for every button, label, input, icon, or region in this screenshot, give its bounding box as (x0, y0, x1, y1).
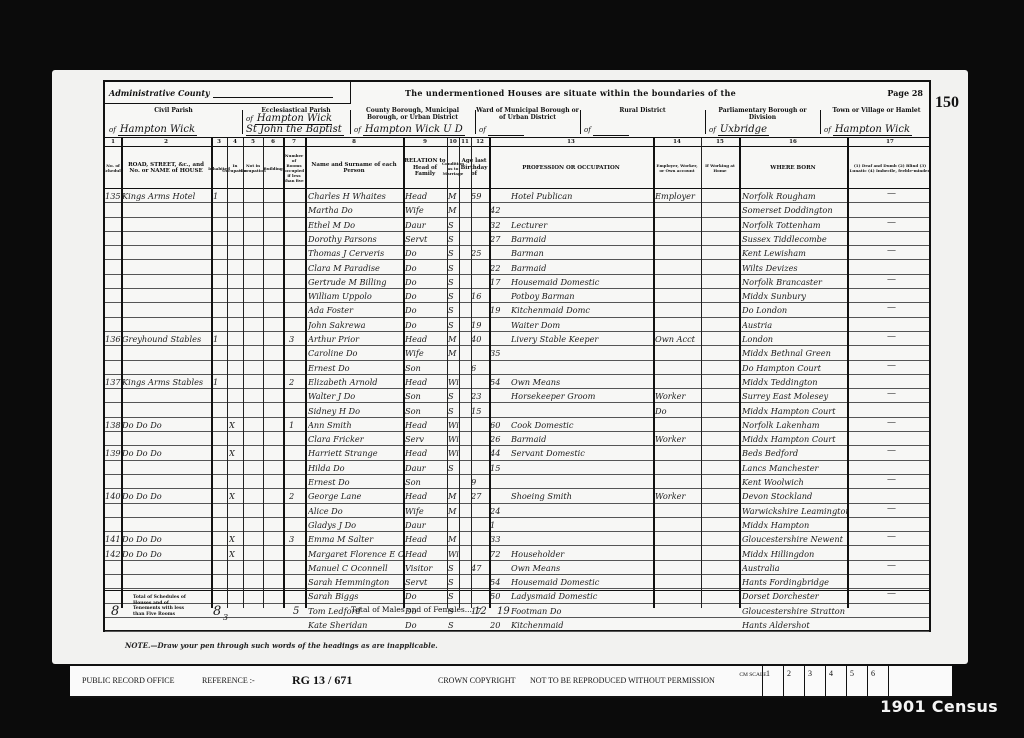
male-age: 19 (471, 318, 489, 332)
schedule-number: 142 (105, 547, 121, 561)
schedule-number (105, 303, 121, 317)
occupation (501, 461, 651, 475)
census-row: Alice DoWifeM24Warwickshire Leamington— (105, 504, 929, 518)
birthplace: Middx Hillingdon (742, 547, 847, 561)
rooms (289, 261, 303, 275)
column-number: 3 (211, 139, 227, 145)
inhabited (213, 504, 227, 518)
area-label: Ward of Municipal Borough or of Urban Di… (475, 107, 580, 121)
census-row: Clara FrickerServWid26BarmaidWorkerMiddx… (105, 432, 929, 446)
address (122, 504, 211, 518)
rooms (289, 289, 303, 303)
condition: Wid (448, 446, 459, 460)
person-name: Gertrude M Billing (308, 275, 403, 289)
area-label: Civil Parish (105, 107, 242, 114)
schedule-number: 136 (105, 332, 121, 346)
footnote: NOTE.—Draw your pen through such words o… (125, 641, 438, 650)
infirmity-mark: — (887, 246, 896, 256)
birthplace: Middx Hampton Court (742, 432, 847, 446)
rooms (289, 275, 303, 289)
occupation: Householder (511, 547, 661, 561)
col-schedule-header: No. of Schedule (105, 147, 121, 189)
schedule-number (105, 318, 121, 332)
female-age (490, 561, 508, 575)
col-relation-header: RELATION to Head of Family (403, 147, 447, 189)
schedule-number (105, 232, 121, 246)
uninhabited (229, 404, 243, 418)
column-number: 13 (489, 139, 653, 145)
page-label: Page 28 (887, 88, 923, 98)
area-value: ofUxbridge (709, 124, 816, 135)
person-name: Ernest Do (308, 475, 403, 489)
relation: Head (405, 332, 447, 346)
inhabited (213, 203, 227, 217)
scale-cell (888, 666, 932, 696)
rooms (289, 432, 303, 446)
occupation (501, 361, 651, 375)
uninhabited: X (229, 547, 243, 561)
birthplace: Devon Stockland (742, 489, 847, 503)
relation: Do (405, 318, 447, 332)
person-name: Walter J Do (308, 389, 403, 403)
area-value: of (584, 124, 701, 135)
relation: Head (405, 532, 447, 546)
occupation: Servant Domestic (511, 446, 661, 460)
census-row: Manuel C OconnellVisitorS47Own MeansAust… (105, 561, 929, 575)
relation: Wife (405, 346, 447, 360)
inhabited (213, 289, 227, 303)
address (122, 232, 211, 246)
employer: Employer (655, 189, 701, 203)
condition: S (448, 575, 459, 589)
condition: M (448, 203, 459, 217)
inhabited (213, 346, 227, 360)
inhabited (213, 361, 227, 375)
census-row: 139Do Do DoXHarriett StrangeHeadWid44Ser… (105, 446, 929, 460)
col-at-home-header: If Working at Home (701, 147, 739, 189)
person-name: Ann Smith (308, 418, 403, 432)
uninhabited (229, 361, 243, 375)
birthplace: Beds Bedford (742, 446, 847, 460)
schedule-number: 140 (105, 489, 121, 503)
census-row: 140Do Do DoX2George LaneHeadM27Shoeing S… (105, 489, 929, 503)
infirmity-mark: — (887, 361, 896, 371)
condition: S (448, 289, 459, 303)
schedule-number (105, 461, 121, 475)
column-number: 17 (847, 139, 933, 145)
birthplace: Somerset Doddington (742, 203, 847, 217)
infirmity-mark: — (887, 275, 896, 285)
column-numbers: 1234567891011121314151617 (105, 138, 929, 147)
rooms: 3 (289, 332, 303, 346)
column-rule (653, 138, 655, 608)
schedule-number: 135 (105, 189, 121, 203)
occupation (501, 404, 651, 418)
reference-number: RG 13 / 671 (292, 673, 352, 688)
inhabited (213, 303, 227, 317)
female-age: 32 (490, 218, 508, 232)
area-value: ofHampton Wick (824, 124, 929, 135)
totals-row: 8 Total of Schedules of Houses and of Te… (105, 590, 929, 632)
address (122, 346, 211, 360)
condition: S (448, 275, 459, 289)
employer (655, 289, 701, 303)
schedule-number (105, 518, 121, 532)
relation: Do (405, 289, 447, 303)
uninhabited (229, 375, 243, 389)
uninhabited (229, 518, 243, 532)
female-age: 26 (490, 432, 508, 446)
birthplace: Warwickshire Leamington (742, 504, 847, 518)
birthplace: Middx Hampton (742, 518, 847, 532)
relation: Wife (405, 203, 447, 217)
employer: Worker (655, 489, 701, 503)
address (122, 303, 211, 317)
scale-cell: 4 (825, 666, 846, 696)
address (122, 389, 211, 403)
uninhabited (229, 575, 243, 589)
column-rule (471, 138, 472, 608)
birthplace: Middx Sunbury (742, 289, 847, 303)
birthplace: Middx Hampton Court (742, 404, 847, 418)
relation: Head (405, 446, 447, 460)
col-employer-header: Employer, Worker, or Own account (653, 147, 701, 189)
occupation: Horsekeeper Groom (511, 389, 661, 403)
column-rule (459, 138, 460, 608)
column-number: 15 (701, 139, 739, 145)
male-age (471, 518, 489, 532)
male-age: 6 (471, 361, 489, 375)
area-value: ofHampton Wick U D (354, 124, 471, 135)
rooms (289, 218, 303, 232)
condition: M (448, 489, 459, 503)
condition: M (448, 332, 459, 346)
form-header: Administrative County The undermentioned… (105, 82, 929, 104)
infirmity-mark: — (887, 303, 896, 313)
male-age (471, 346, 489, 360)
person-name: Harriett Strange (308, 446, 403, 460)
person-name: Ernest Do (308, 361, 403, 375)
office-label: PUBLIC RECORD OFFICE (82, 676, 174, 685)
infirmity-mark: — (887, 189, 896, 199)
uninhabited (229, 246, 243, 260)
birthplace: Middx Bethnal Green (742, 346, 847, 360)
birthplace: Kent Woolwich (742, 475, 847, 489)
rooms (289, 361, 303, 375)
address (122, 218, 211, 232)
admin-county-label: Administrative County (109, 88, 210, 98)
birthplace: Norfolk Tottenham (742, 218, 847, 232)
column-rule (739, 138, 741, 608)
male-age: 9 (471, 475, 489, 489)
birthplace: Lancs Manchester (742, 461, 847, 475)
address: Do Do Do (122, 446, 211, 460)
address: Kings Arms Stables (122, 375, 211, 389)
male-age: 47 (471, 561, 489, 575)
condition: Wid (448, 432, 459, 446)
uninhabited (229, 561, 243, 575)
col-name-header: Name and Surname of each Person (305, 147, 403, 189)
folio-number: 150 (935, 94, 959, 112)
condition: Wid (448, 375, 459, 389)
inhabited (213, 432, 227, 446)
employer (655, 575, 701, 589)
column-number: 9 (403, 139, 447, 145)
uninhabited (229, 261, 243, 275)
census-watermark: 1901 Census (880, 697, 998, 716)
birthplace: Gloucestershire Newent (742, 532, 847, 546)
column-number: 11 (459, 139, 471, 145)
address: Kings Arms Hotel (122, 189, 211, 203)
column-rule (447, 138, 448, 608)
census-row: 142Do Do DoXMargaret Florence E Osmondst… (105, 547, 929, 561)
occupation (501, 504, 651, 518)
census-row: 141Do Do DoX3Emma M SalterHeadM33Glouces… (105, 532, 929, 546)
relation: Head (405, 375, 447, 389)
infirmity-mark: — (887, 418, 896, 428)
occupation: Barmaid (511, 261, 661, 275)
relation: Do (405, 261, 447, 275)
male-age: 40 (471, 332, 489, 346)
relation: Head (405, 547, 447, 561)
person-name: Margaret Florence E Osmondstock (308, 547, 403, 561)
col-address-header: ROAD, STREET, &c., and No. or NAME of HO… (121, 147, 211, 189)
occupation: Kitchenmaid Domc (511, 303, 661, 317)
person-name: Elizabeth Arnold (308, 375, 403, 389)
relation: Servt (405, 232, 447, 246)
relation: Visitor (405, 561, 447, 575)
schedule-number (105, 275, 121, 289)
uninhabited: X (229, 532, 243, 546)
column-number: 5 (243, 139, 263, 145)
boundaries-text: The undermentioned Houses are situate wi… (405, 88, 736, 98)
column-number: 14 (653, 139, 701, 145)
inhabited (213, 318, 227, 332)
person-name: Sidney H Do (308, 404, 403, 418)
col-age-header: Age last Birthday of (459, 147, 489, 189)
total-females: 19 (497, 591, 517, 633)
area-label: Town or Village or Hamlet (820, 107, 933, 114)
occupation: Housemaid Domestic (511, 275, 661, 289)
column-rule (263, 138, 264, 608)
birthplace: Hants Fordingbridge (742, 575, 847, 589)
male-age (471, 461, 489, 475)
area-label: County Borough, Municipal Borough, or Ur… (350, 107, 475, 121)
condition: S (448, 318, 459, 332)
male-age (471, 275, 489, 289)
male-age: 16 (471, 289, 489, 303)
scale-cell: 1 (762, 666, 783, 696)
census-row: 138Do Do DoX1Ann SmithHeadWid60Cook Dome… (105, 418, 929, 432)
address (122, 475, 211, 489)
male-age (471, 261, 489, 275)
female-age: 44 (490, 446, 508, 460)
person-name: Ethel M Do (308, 218, 403, 232)
birthplace: Norfolk Rougham (742, 189, 847, 203)
address (122, 246, 211, 260)
column-number: 1 (105, 139, 121, 145)
inhabited (213, 446, 227, 460)
area-label: Rural District (580, 107, 705, 114)
female-age (490, 318, 508, 332)
birthplace: Norfolk Brancaster (742, 275, 847, 289)
relation: Daur (405, 518, 447, 532)
address (122, 518, 211, 532)
occupation: Cook Domestic (511, 418, 661, 432)
male-age: 27 (471, 489, 489, 503)
employer (655, 361, 701, 375)
address (122, 289, 211, 303)
condition: S (448, 303, 459, 317)
address (122, 575, 211, 589)
rooms (289, 232, 303, 246)
address (122, 275, 211, 289)
column-headers: No. of ScheduleROAD, STREET, &c., and No… (105, 147, 929, 189)
male-age (471, 432, 489, 446)
col-rooms-header: Number of Rooms occupied if less than fi… (283, 147, 305, 189)
employer (655, 232, 701, 246)
employer (655, 246, 701, 260)
relation: Wife (405, 504, 447, 518)
female-age (490, 332, 508, 346)
uninhabited (229, 189, 243, 203)
inhabited (213, 547, 227, 561)
birthplace: Do Hampton Court (742, 361, 847, 375)
female-age (490, 189, 508, 203)
census-row: 135Kings Arms Hotel1Charles H WhaitesHea… (105, 189, 929, 203)
condition: S (448, 389, 459, 403)
female-age: 72 (490, 547, 508, 561)
schedule-number (105, 203, 121, 217)
employer (655, 418, 701, 432)
condition: S (448, 218, 459, 232)
birthplace: Wilts Devizes (742, 261, 847, 275)
person-name: Manuel C Oconnell (308, 561, 403, 575)
condition (448, 475, 459, 489)
occupation (501, 475, 651, 489)
relation: Head (405, 489, 447, 503)
total-uninhabited: 3 (223, 597, 233, 639)
census-rows: 135Kings Arms Hotel1Charles H WhaitesHea… (105, 189, 929, 590)
male-age (471, 232, 489, 246)
rooms: 3 (289, 532, 303, 546)
census-row: Caroline DoWifeM35Middx Bethnal Green (105, 346, 929, 360)
birthplace: London (742, 332, 847, 346)
employer (655, 303, 701, 317)
census-row: 136Greyhound Stables13Arthur PriorHeadM4… (105, 332, 929, 346)
rooms (289, 303, 303, 317)
address (122, 461, 211, 475)
condition (448, 518, 459, 532)
inhabited (213, 475, 227, 489)
col-building-header: Building (263, 147, 283, 189)
relation: Do (405, 246, 447, 260)
schedule-number (105, 404, 121, 418)
uninhabited (229, 389, 243, 403)
male-age: 25 (471, 246, 489, 260)
column-rule (283, 138, 285, 608)
schedule-number (105, 218, 121, 232)
relation: Son (405, 475, 447, 489)
birthplace: Sussex Tiddlecombe (742, 232, 847, 246)
female-age: 27 (490, 232, 508, 246)
occupation (501, 518, 651, 532)
column-rule (489, 138, 491, 608)
relation: Son (405, 404, 447, 418)
relation: Serv (405, 432, 447, 446)
schedule-number (105, 289, 121, 303)
employer (655, 203, 701, 217)
census-row: Dorothy ParsonsServtS27BarmaidSussex Tid… (105, 232, 929, 246)
col-occupation-header: PROFESSION OR OCCUPATION (489, 147, 653, 189)
column-rule (211, 138, 213, 608)
condition: S (448, 246, 459, 260)
infirmity-mark: — (887, 332, 896, 342)
uninhabited (229, 289, 243, 303)
occupation: Livery Stable Keeper (511, 332, 661, 346)
area-4: Rural Districtof (580, 104, 705, 138)
restriction-label: NOT TO BE REPRODUCED WITHOUT PERMISSION (530, 676, 715, 685)
rooms (289, 318, 303, 332)
inhabited (213, 461, 227, 475)
inhabited (213, 489, 227, 503)
schedule-number: 138 (105, 418, 121, 432)
column-number: 7 (283, 139, 305, 145)
rooms (289, 461, 303, 475)
employer (655, 475, 701, 489)
address (122, 203, 211, 217)
census-row: Sarah HemmingtonServtS54Housemaid Domest… (105, 575, 929, 589)
area-2: County Borough, Municipal Borough, or Ur… (350, 104, 475, 138)
schedule-number: 137 (105, 375, 121, 389)
rooms (289, 246, 303, 260)
employer: Own Acct (655, 332, 701, 346)
female-age: 17 (490, 275, 508, 289)
infirmity-mark: — (887, 532, 896, 542)
person-name: Caroline Do (308, 346, 403, 360)
inhabited (213, 232, 227, 246)
total-schedules-label: Total of Schedules of Houses and of Tene… (133, 595, 193, 617)
census-row: Ada FosterDoS19Kitchenmaid DomcDo London… (105, 303, 929, 317)
rooms (289, 547, 303, 561)
schedule-number (105, 246, 121, 260)
condition: S (448, 561, 459, 575)
female-age: 54 (490, 375, 508, 389)
copyright-label: CROWN COPYRIGHT (438, 676, 516, 685)
inhabited (213, 532, 227, 546)
infirmity-mark: — (887, 475, 896, 485)
census-row: Hilda DoDaurS15Lancs Manchester (105, 461, 929, 475)
column-number: 12 (471, 139, 489, 145)
total-males-females-label: Total of Males and of Females.... (351, 605, 474, 614)
employer: Worker (655, 389, 701, 403)
person-name: Clara M Paradise (308, 261, 403, 275)
address: Do Do Do (122, 532, 211, 546)
occupation: Shoeing Smith (511, 489, 661, 503)
male-age (471, 218, 489, 232)
column-rule (305, 138, 307, 608)
column-rule (701, 138, 702, 608)
reference-label: REFERENCE :- (202, 676, 255, 685)
inhabited: 1 (213, 375, 227, 389)
census-row: Clara M ParadiseDoS22BarmaidWilts Devize… (105, 261, 929, 275)
employer (655, 218, 701, 232)
address: Do Do Do (122, 489, 211, 503)
condition: S (448, 261, 459, 275)
employer (655, 504, 701, 518)
rooms: 1 (289, 418, 303, 432)
condition: S (448, 404, 459, 418)
